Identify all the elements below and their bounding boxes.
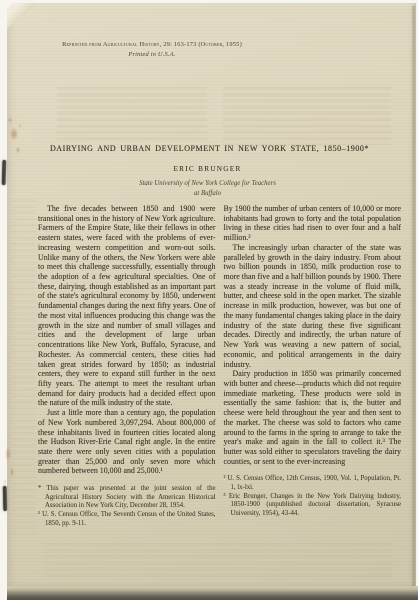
staple-bottom [3, 486, 7, 511]
author-name: ERIC BRUNGER [7, 165, 408, 173]
reprint-source-line: Reprinted from Agricultural History, 29:… [45, 40, 259, 50]
right-column: By 1900 the number of urban centers of 1… [224, 204, 402, 528]
body-paragraph: Dairy production in 1850 was primarily c… [224, 369, 402, 466]
reprint-notice: Reprinted from Agricultural History, 29:… [45, 40, 259, 59]
body-paragraph: The five decades between 1850 and 1900 w… [38, 204, 216, 408]
body-paragraph: By 1900 the number of urban centers of 1… [224, 204, 402, 243]
paper-page: Reprinted from Agricultural History, 29:… [7, 3, 416, 586]
affiliation-line: at Buffalo [7, 189, 408, 199]
author-affiliation: State University of New York College for… [7, 179, 408, 199]
affiliation-line: State University of New York College for… [7, 179, 408, 189]
bleed-through-texture [57, 87, 207, 142]
article-title: DAIRYING AND URBAN DEVELOPMENT IN NEW YO… [13, 144, 406, 153]
scanned-page-photo: Reprinted from Agricultural History, 29:… [0, 0, 418, 600]
staple-top [2, 160, 7, 185]
reprint-printed-line: Printed in U.S.A. [45, 50, 259, 60]
body-paragraph: Just a little more than a century ago, t… [38, 408, 216, 476]
page-corner-fold [7, 3, 37, 29]
bleed-through-texture [12, 199, 36, 534]
footnote: * This paper was presented at the joint … [38, 485, 216, 511]
two-column-body: The five decades between 1850 and 1900 w… [38, 204, 401, 528]
left-footnotes: * This paper was presented at the joint … [38, 485, 216, 528]
page-right-edge-shadow [411, 6, 416, 589]
footnote: ¹ U. S. Census Office, The Seventh Censu… [38, 511, 216, 528]
bleed-through-texture [223, 87, 391, 145]
right-footnotes: ² U. S. Census Office, 12th Census, 1900… [224, 475, 402, 518]
body-paragraph: The increasingly urban character of the … [224, 243, 402, 369]
bleed-through-texture [42, 543, 392, 579]
footnote: ³ Eric Brunger, Changes in the New York … [224, 493, 402, 519]
left-column: The five decades between 1850 and 1900 w… [38, 204, 216, 528]
stacked-pages-edge [7, 586, 418, 600]
footnote: ² U. S. Census Office, 12th Census, 1900… [224, 475, 402, 492]
